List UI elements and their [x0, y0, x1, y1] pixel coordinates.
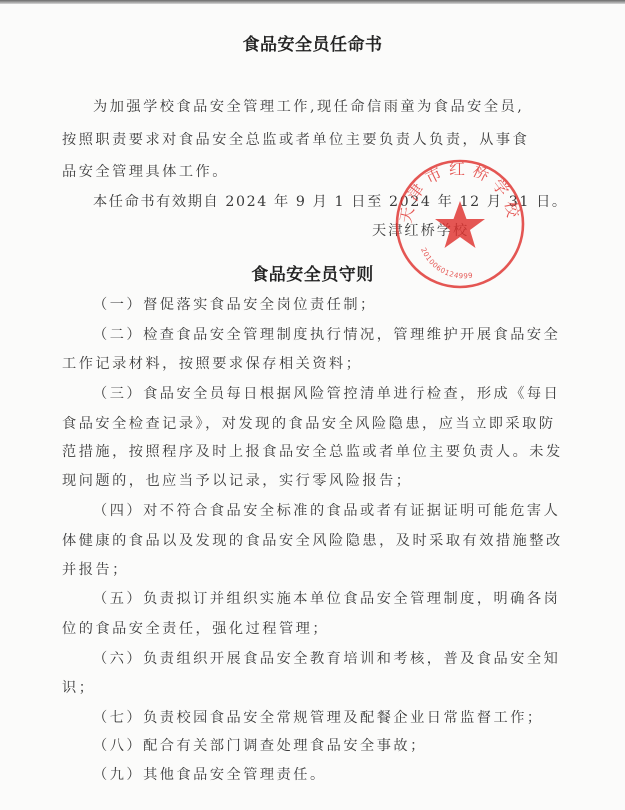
validity-line: 本任命书有效期自 2024 年 9 月 1 日至 2024 年 12 月 31 …: [93, 193, 568, 211]
issuer-signature: 天津红桥学校: [372, 220, 469, 240]
rule-line: 工作记录材料，按照要求保存相关资料；: [62, 355, 362, 373]
appointment-body-line: 按照职责要求对食品安全总监或者单位主要负责人负责，从事食: [62, 131, 529, 149]
rule-line: （三）食品安全员每日根据风险管控清单进行检查，形成《每日: [93, 385, 560, 403]
rule-line: 并报告；: [62, 561, 129, 579]
rule-line: （五）负责拟订并组织实施本单位食品安全管理制度，明确各岗: [93, 590, 560, 608]
rule-line: 体健康的食品以及发现的食品安全风险隐患，及时采取有效措施整改: [62, 532, 563, 550]
document-page: 食品安全员任命书 为加强学校食品安全管理工作,现任命信雨童为食品安全员, 按照职…: [0, 0, 625, 810]
appointment-title: 食品安全员任命书: [0, 30, 625, 55]
rule-line: （九）其他食品安全管理责任。: [93, 766, 327, 784]
rule-line: （六）负责组织开展食品安全教育培训和考核，普及食品安全知: [93, 650, 560, 668]
rule-line: 范措施，按照程序及时上报食品安全总监或者单位主要负责人。未发: [62, 443, 563, 461]
appointment-body-line: 品安全管理具体工作。: [62, 163, 229, 181]
rule-line: 识；: [62, 679, 95, 697]
rule-line: （二）检查食品安全管理制度执行情况，管理维护开展食品安全: [93, 326, 560, 344]
appointment-body-line: 为加强学校食品安全管理工作,现任命信雨童为食品安全员,: [93, 98, 524, 116]
rule-line: 位的食品安全责任，强化过程管理；: [62, 620, 329, 638]
rule-line: （四）对不符合食品安全标准的食品或者有证据证明可能危害人: [93, 502, 560, 520]
rule-line: 现问题的，也应当予以记录，实行零风险报告；: [62, 472, 412, 490]
rule-line: （八）配合有关部门调查处理食品安全事故；: [93, 737, 427, 755]
rules-title: 食品安全员守则: [0, 260, 625, 285]
rule-line: （一）督促落实食品安全岗位责任制；: [93, 296, 377, 314]
rule-line: （七）负责校园食品安全常规管理及配餐企业日常监督工作；: [93, 709, 544, 727]
rule-line: 食品安全检查记录》，对发现的食品安全风险隐患，应当立即采取防: [62, 415, 556, 433]
